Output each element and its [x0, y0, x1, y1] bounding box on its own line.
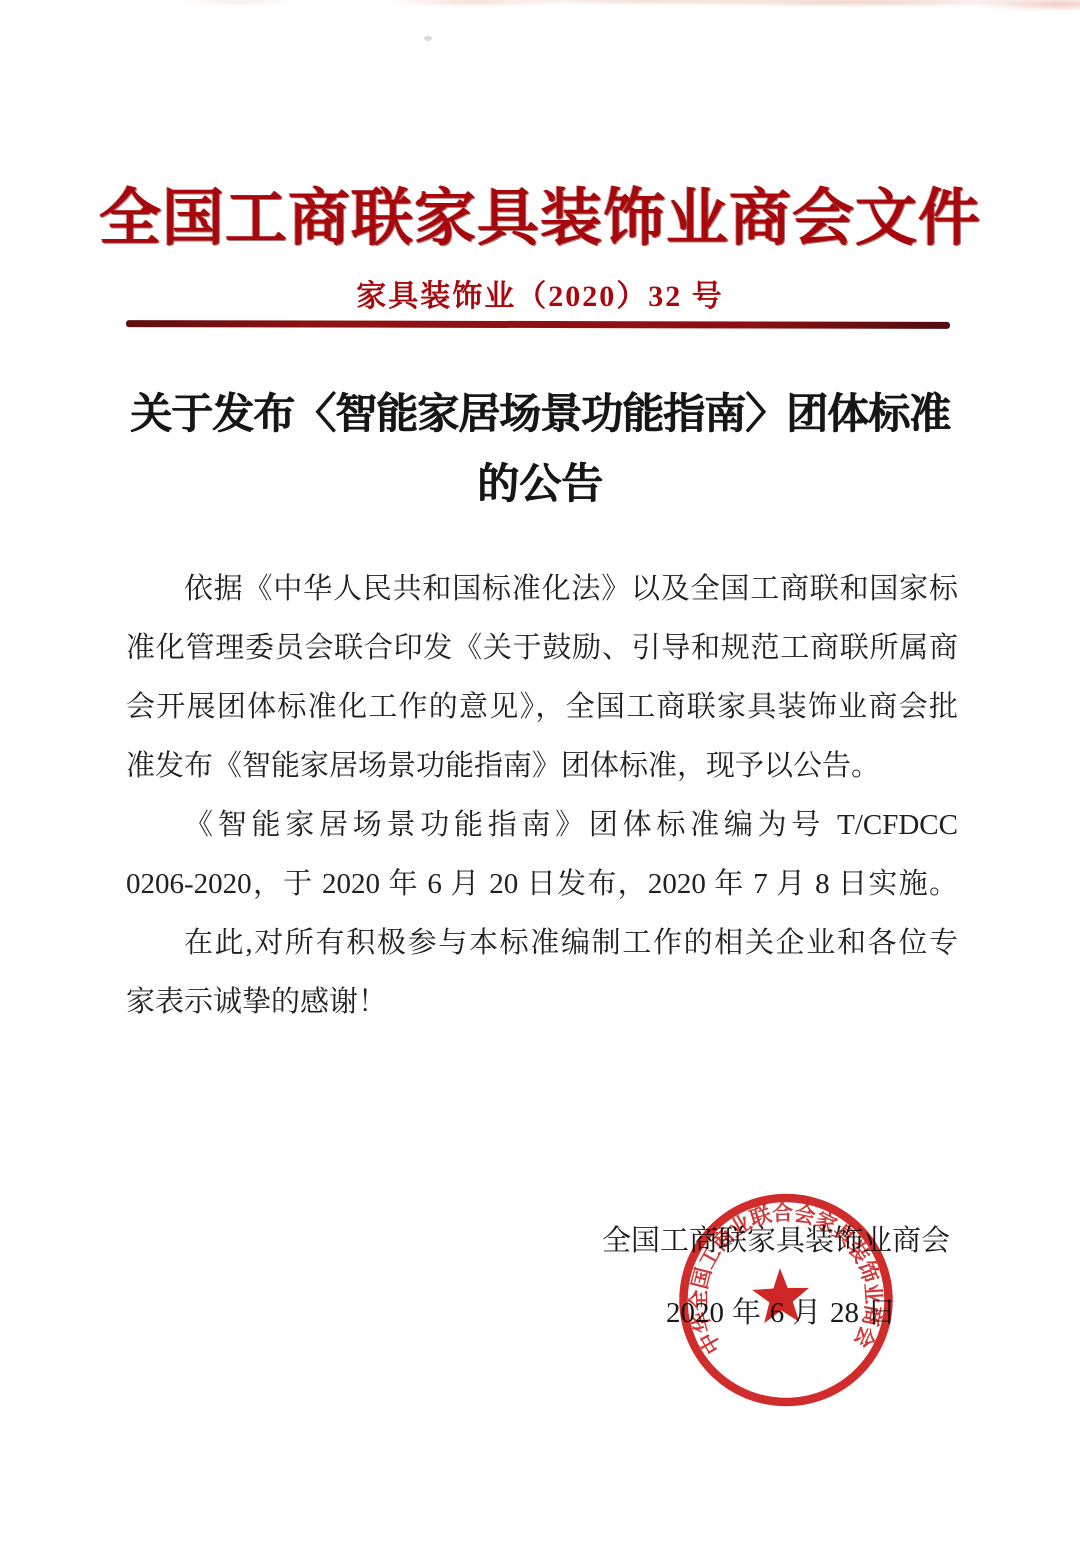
scanned-document-page: 全国工商联家具装饰业商会文件 家具装饰业（2020）32 号 关于发布〈智能家居… — [0, 0, 1080, 1544]
body-line: 家表示诚挚的感谢！ — [126, 973, 958, 1032]
document-body: 依据《中华人民共和国标准化法》以及全国工商联和国家标 准化管理委员会联合印发《关… — [126, 560, 958, 1032]
body-line: 准发布《智能家居场景功能指南》团体标准，现予以公告。 — [126, 737, 958, 796]
body-line: 0206-2020，于 2020 年 6 月 20 日发布，2020 年 7 月… — [126, 855, 958, 914]
scan-artifact-top-edge — [0, 0, 1080, 16]
scan-speck — [424, 36, 432, 41]
announcement-title-line1: 关于发布〈智能家居场景功能指南〉团体标准 — [0, 388, 1080, 442]
seal-star-icon — [751, 1267, 810, 1323]
body-line: 《智能家居场景功能指南》团体标准编为号 T/CFDCC — [126, 796, 958, 855]
body-line: 在此,对所有积极参与本标准编制工作的相关企业和各位专 — [126, 914, 958, 973]
announcement-title: 关于发布〈智能家居场景功能指南〉团体标准 的公告 — [0, 388, 1080, 512]
body-line: 会开展团体标准化工作的意见》，全国工商联家具装饰业商会批 — [126, 678, 958, 737]
header-divider-rule — [126, 320, 950, 329]
red-header-org-title: 全国工商联家具装饰业商会文件 — [0, 184, 1080, 254]
document-number: 家具装饰业（2020）32 号 — [0, 277, 1080, 317]
body-line: 依据《中华人民共和国标准化法》以及全国工商联和国家标 — [126, 560, 958, 619]
announcement-title-line2: 的公告 — [0, 458, 1080, 512]
official-seal: 中华全国工商业联合会家具装饰业商会 — [652, 1166, 921, 1435]
body-line: 准化管理委员会联合印发《关于鼓励、引导和规范工商联所属商 — [126, 619, 958, 678]
